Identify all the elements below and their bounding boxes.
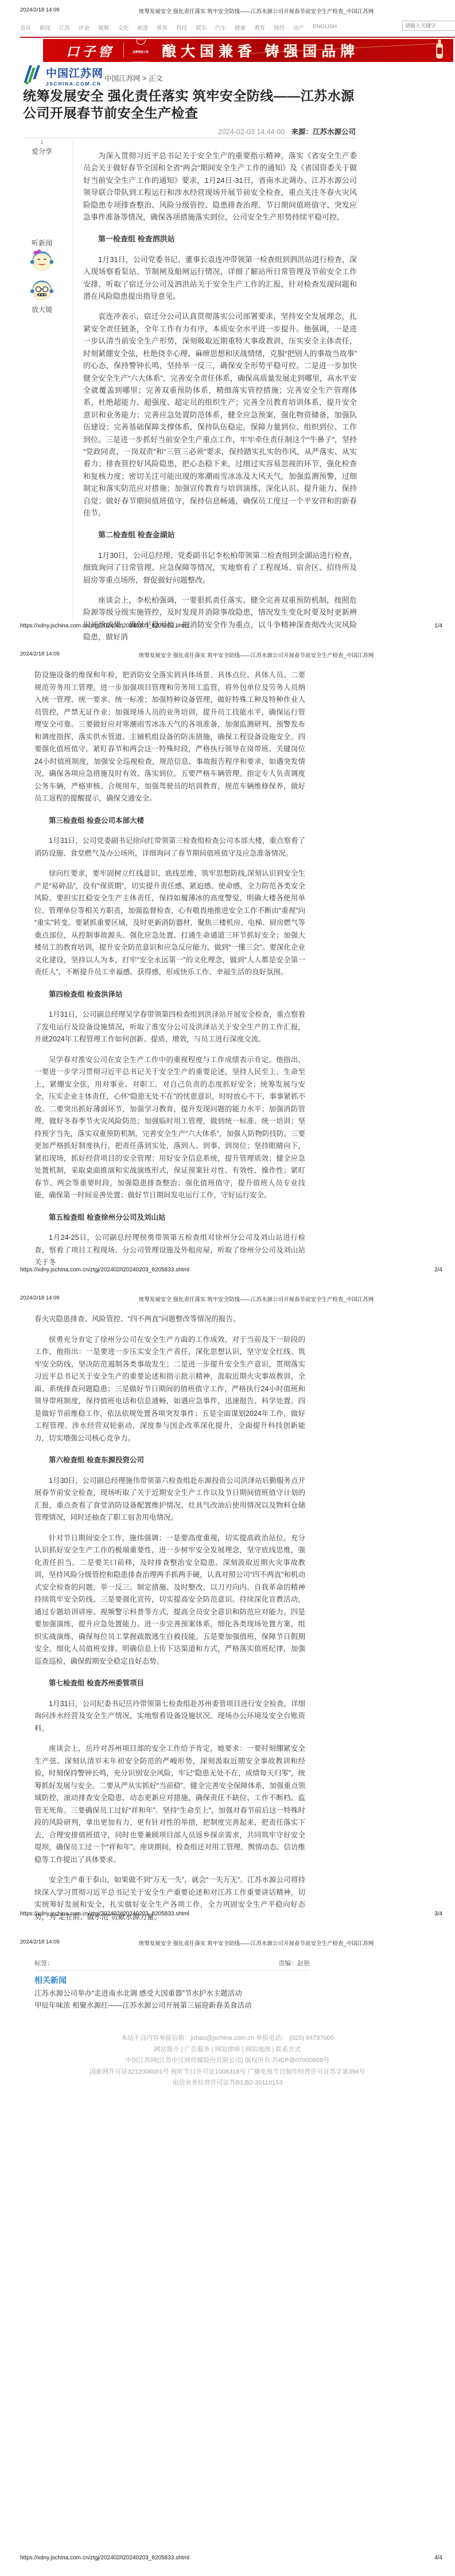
print-page-number: 1/4 — [434, 623, 442, 629]
nav-link[interactable]: 房产 — [293, 24, 304, 32]
article-paragraph: 袁连冲表示，宿迁分公司认真贯彻落实公司部署要求，坚持安全发展理念，扎紧安全责任链… — [83, 310, 357, 519]
print-page-4: 2024/2/18 14:09 统筹发展安全 强化责任落实 筑牢安全防线——江苏… — [0, 1932, 455, 2576]
article-paragraph: 1月31日，公司纪委书记岳玲带领第七检查组赴苏州委管项目进行安全检查，详细询问涉… — [34, 1698, 305, 1735]
print-timestamp: 2024/2/18 14:09 — [20, 1939, 60, 1945]
print-page-number: 4/4 — [434, 2555, 442, 2561]
site-footer-line: 网站简介 | 广告服务 | 网站律师 | 网站地图 | 联系方式 — [0, 2044, 455, 2056]
cctv-program-label: 品牌强国工程 — [133, 50, 149, 53]
site-footer: 本站不良内容举报信箱：jubao@jschina.com.cn 举报电话： (0… — [0, 2033, 455, 2089]
article-source: 来源：江苏水源公司 — [291, 128, 356, 136]
print-url: https://xdny.jschina.com.cn/ztgj/202402/… — [20, 1911, 189, 1917]
nav-link[interactable]: 科技 — [176, 24, 187, 32]
print-page-3: 2024/2/18 14:09 统筹发展安全 强化责任落实 筑牢安全防线——江苏… — [0, 1288, 455, 1932]
article-paragraph: 1月31日，公司党委副书记徐向红带领第三检查组检查公司本部大楼，重点察看了消防设… — [34, 835, 305, 860]
article-paragraph: 第六检查组 检查东源投资公司 — [34, 1454, 305, 1467]
nav-link[interactable]: 财经 — [274, 24, 285, 32]
nav-link[interactable]: 汽车 — [215, 24, 226, 32]
article-meta: 2024-02-03 14:44:00 来源：江苏水源公司 — [23, 126, 356, 136]
article-paragraph: 1月24-25日，公司副总经理侯勇带领第五检查组对徐州分公司及刘山站进行检查，察… — [34, 1232, 305, 1269]
print-header: 2024/2/18 14:09 统筹发展安全 强化责任落实 筑牢安全防线——江苏… — [0, 7, 455, 15]
print-footer: https://xdny.jschina.com.cn/ztgj/202402/… — [20, 1267, 442, 1273]
article-paragraph: 第二检查组 检查金湖站 — [83, 529, 357, 541]
article-paragraph: 第四检查组 检查洪泽站 — [34, 989, 305, 1001]
cctv-broadcaster-label: 中央广播电视总台 — [132, 61, 149, 62]
site-footer-line: 电信业务经营许可证苏B1,B2-20110153 — [0, 2078, 455, 2089]
article-date: 2024-02-03 14:44:00 — [218, 128, 285, 136]
listen-news-label: 听新闻 — [24, 238, 60, 248]
site-footer-line: 中国江苏网(江苏中江网传媒股份有限公司) 版权所有 苏ICP备07000608号 — [0, 2055, 455, 2067]
print-header: 2024/2/18 14:09 统筹发展安全 强化责任落实 筑牢安全防线——江苏… — [0, 1295, 455, 1303]
site-footer-line: 本站不良内容举报信箱：jubao@jschina.com.cn 举报电话： (0… — [0, 2033, 455, 2044]
article-paragraph: 座谈会上，李松柏强调，一要狠抓责任落实。健全完善双重预防机制，按照危险源等级分级… — [83, 594, 357, 643]
print-timestamp: 2024/2/18 14:09 — [20, 651, 60, 657]
listen-avatar-girl-icon[interactable] — [30, 248, 54, 272]
nav-link[interactable]: 教育 — [254, 24, 265, 32]
nav-divider-line — [20, 37, 455, 38]
print-timestamp: 2024/2/18 14:09 — [20, 7, 60, 13]
article-paragraph: 徐向红要求，要牢固树立红线意识、底线思维，筑牢思想防线,深刻认识到安全生产是“易… — [34, 868, 305, 979]
article-paragraph: 1月30日，公司副总经理施伟带领第六检查组赴东源投资公司洪泽站后勤服务点开展春节… — [34, 1475, 305, 1524]
search-input[interactable] — [402, 21, 455, 31]
site-logo-icon[interactable] — [22, 64, 42, 89]
site-top-nav: 首页新闻江苏评论视频文化旅游体育科技娱乐汽车健康教育财经房产ENGLISH — [20, 24, 387, 32]
site-footer-line: 国新网许可证3212006001号 视听节目许可证1008318号 广播电视节目… — [0, 2067, 455, 2078]
print-page-number: 3/4 — [434, 1911, 442, 1917]
print-url: https://xdny.jschina.com.cn/ztgj/202402/… — [20, 623, 189, 629]
article-paragraph: 1月31日，公司党委书记、董事长袁连冲带领第一检查组到泗洪站进行检查，深入现场察… — [83, 253, 357, 303]
tags-editor-row: 标签： 责编：赵艳 — [34, 1958, 310, 1971]
print-footer: https://xdny.jschina.com.cn/ztgj/202402/… — [20, 1911, 442, 1917]
article-paragraph: 1月31日，公司副总经理吴学春带领第四检查组到洪泽站开展安全检查，重点察看了发电… — [34, 1009, 305, 1046]
magnifier-widget-label: 放大镜 — [24, 305, 60, 314]
nav-link[interactable]: 文化 — [118, 24, 129, 32]
related-news-link[interactable]: 江苏水源公司举办“走进南水北调 感受大国重器”节水护水主题活动 — [34, 1988, 356, 2000]
nav-link[interactable]: 江苏 — [59, 24, 70, 32]
site-logo-text[interactable]: 中国江苏网 JSCHINA.COM.CN — [46, 65, 103, 87]
related-news-title: 相关新闻 — [34, 1974, 67, 1986]
article-paragraph: 吴学春对淮安公司在安全生产工作中的重视程度与工作成绩表示肯定。他指出，一要进一步… — [34, 1054, 305, 1202]
banner-separator — [123, 43, 124, 58]
cctv-ring: CCTV — [136, 39, 146, 45]
print-timestamp: 2024/2/18 14:09 — [20, 1295, 60, 1301]
print-url: https://xdny.jschina.com.cn/ztgj/202402/… — [20, 2555, 189, 2561]
article-paragraph: 第三检查组 检查公司本部大楼 — [34, 815, 305, 828]
nav-link[interactable]: ENGLISH — [313, 24, 337, 32]
print-page-2: 2024/2/18 14:09 统筹发展安全 强化责任落实 筑牢安全防线——江苏… — [0, 644, 455, 1288]
share-widget-label: 爱分享 — [24, 146, 60, 156]
site-domain: JSCHINA.COM.CN — [46, 81, 103, 87]
nav-link[interactable]: 视频 — [98, 24, 109, 32]
print-doc-title: 统筹发展安全 强化责任落实 筑牢安全防线——江苏水源公司开展春节前安全生产检查_… — [75, 7, 438, 15]
article-paragraph: 第五检查组 检查徐州分公司及刘山站 — [34, 1212, 305, 1224]
print-doc-title: 统筹发展安全 强化责任落实 筑牢安全防线——江苏水源公司开展春节前安全生产检查_… — [75, 1939, 438, 1947]
article-paragraph: 第一检查组 检查泗洪站 — [83, 233, 357, 245]
editor-credit: 责编：赵艳 — [278, 1958, 310, 1968]
print-page-1: 2024/2/18 14:09 统筹发展安全 强化责任落实 筑牢安全防线——江苏… — [0, 0, 455, 644]
related-news-list: 江苏水源公司举办“走进南水北调 感受大国重器”节水护水主题活动甲辰年味浓 相聚水… — [34, 1988, 356, 2012]
article-paragraph: 针对节日期间安全工作，施伟强调：一是要高度重视，切实提高政治站位。充分认识抓好安… — [34, 1532, 305, 1668]
article-body-page1: 为深入贯彻习近平总书记关于安全生产的重要指示精神，落实《省安全生产委员会关于做好… — [83, 150, 357, 644]
nav-link[interactable]: 体育 — [157, 24, 168, 32]
ad-banner[interactable]: 口子窖 CCTV 品牌强国工程 中央广播电视总台 酿大国兼香 铸强国品牌 — [43, 39, 453, 62]
nav-link[interactable]: 评论 — [79, 24, 90, 32]
breadcrumb[interactable]: 中国江苏网 > 正文 — [104, 73, 163, 83]
article-meta-divider — [23, 138, 356, 138]
sidebar-divider — [72, 139, 73, 622]
nav-link[interactable]: 旅游 — [137, 24, 148, 32]
nav-link[interactable]: 健康 — [235, 24, 246, 32]
print-footer: https://xdny.jschina.com.cn/ztgj/202402/… — [20, 2555, 442, 2561]
listen-avatar-boy-icon[interactable] — [30, 277, 54, 301]
article-body-page2: 防设施设备的维保和年检，把消防安全落实到具体场景、具体点位、具体人员。二要规范劳… — [34, 669, 305, 1277]
print-page-number: 2/4 — [434, 1267, 442, 1273]
article-body-page3: 春火灾隐患排查、风险管控、“四不两直”问题整改等情况的报告。侯勇充分肯定了徐州分… — [34, 1313, 305, 1931]
print-preview-document: 2024/2/18 14:09 统筹发展安全 强化责任落实 筑牢安全防线——江苏… — [0, 0, 455, 2576]
article-paragraph: 春火灾隐患排查、风险管控、“四不两直”问题整改等情况的报告。 — [34, 1313, 305, 1326]
article-paragraph: 1月30日，公司总经理、党委副书记李松柏带领第二检查组到金湖站进行检查，细致询问… — [83, 549, 357, 586]
article-paragraph: 座谈会上，岳玲对苏州项目部的安全工作给予肯定，她要求：一要时刻绷紧安全生产弦。深… — [34, 1743, 305, 1866]
nav-link[interactable]: 娱乐 — [196, 24, 207, 32]
article-paragraph: 为深入贯彻习近平总书记关于安全生产的重要指示精神，落实《省安全生产委员会关于做好… — [83, 150, 357, 223]
print-footer: https://xdny.jschina.com.cn/ztgj/202402/… — [20, 623, 442, 629]
article-paragraph: 侯勇充分肯定了徐州分公司在安全生产方面的工作成效，对于当前及下一阶段的工作，他指… — [34, 1334, 305, 1445]
nav-link[interactable]: 新闻 — [40, 24, 50, 32]
article-paragraph: 防设施设备的维保和年检，把消防安全落实到具体场景、具体点位、具体人员。二要规范劳… — [34, 669, 305, 805]
tags-label: 标签： — [34, 1958, 53, 1968]
site-name: 中国江苏网 — [46, 65, 103, 80]
print-doc-title: 统筹发展安全 强化责任落实 筑牢安全防线——江苏水源公司开展春节前安全生产检查_… — [75, 651, 438, 659]
print-doc-title: 统筹发展安全 强化责任落实 筑牢安全防线——江苏水源公司开展春节前安全生产检查_… — [75, 1295, 438, 1303]
share-count-badge: 1 — [24, 139, 60, 145]
related-news-link[interactable]: 甲辰年味浓 相聚水源红——江苏水源公司开展第三届迎新春美食活动 — [34, 2000, 356, 2012]
print-header: 2024/2/18 14:09 统筹发展安全 强化责任落实 筑牢安全防线——江苏… — [0, 651, 455, 659]
print-url: https://xdny.jschina.com.cn/ztgj/202402/… — [20, 1267, 189, 1273]
banner-brand-name: 口子窖 — [66, 41, 114, 60]
nav-link[interactable]: 首页 — [20, 24, 31, 32]
print-header: 2024/2/18 14:09 统筹发展安全 强化责任落实 筑牢安全防线——江苏… — [0, 1939, 455, 1947]
article-paragraph: 第七检查组 检查苏州委管项目 — [34, 1677, 305, 1690]
cctv-logo-icon: CCTV 品牌强国工程 中央广播电视总台 — [131, 39, 150, 62]
article-title: 统筹发展安全 强化责任落实 筑牢安全防线——江苏水源公司开展春节前安全生产检查 — [23, 87, 367, 122]
